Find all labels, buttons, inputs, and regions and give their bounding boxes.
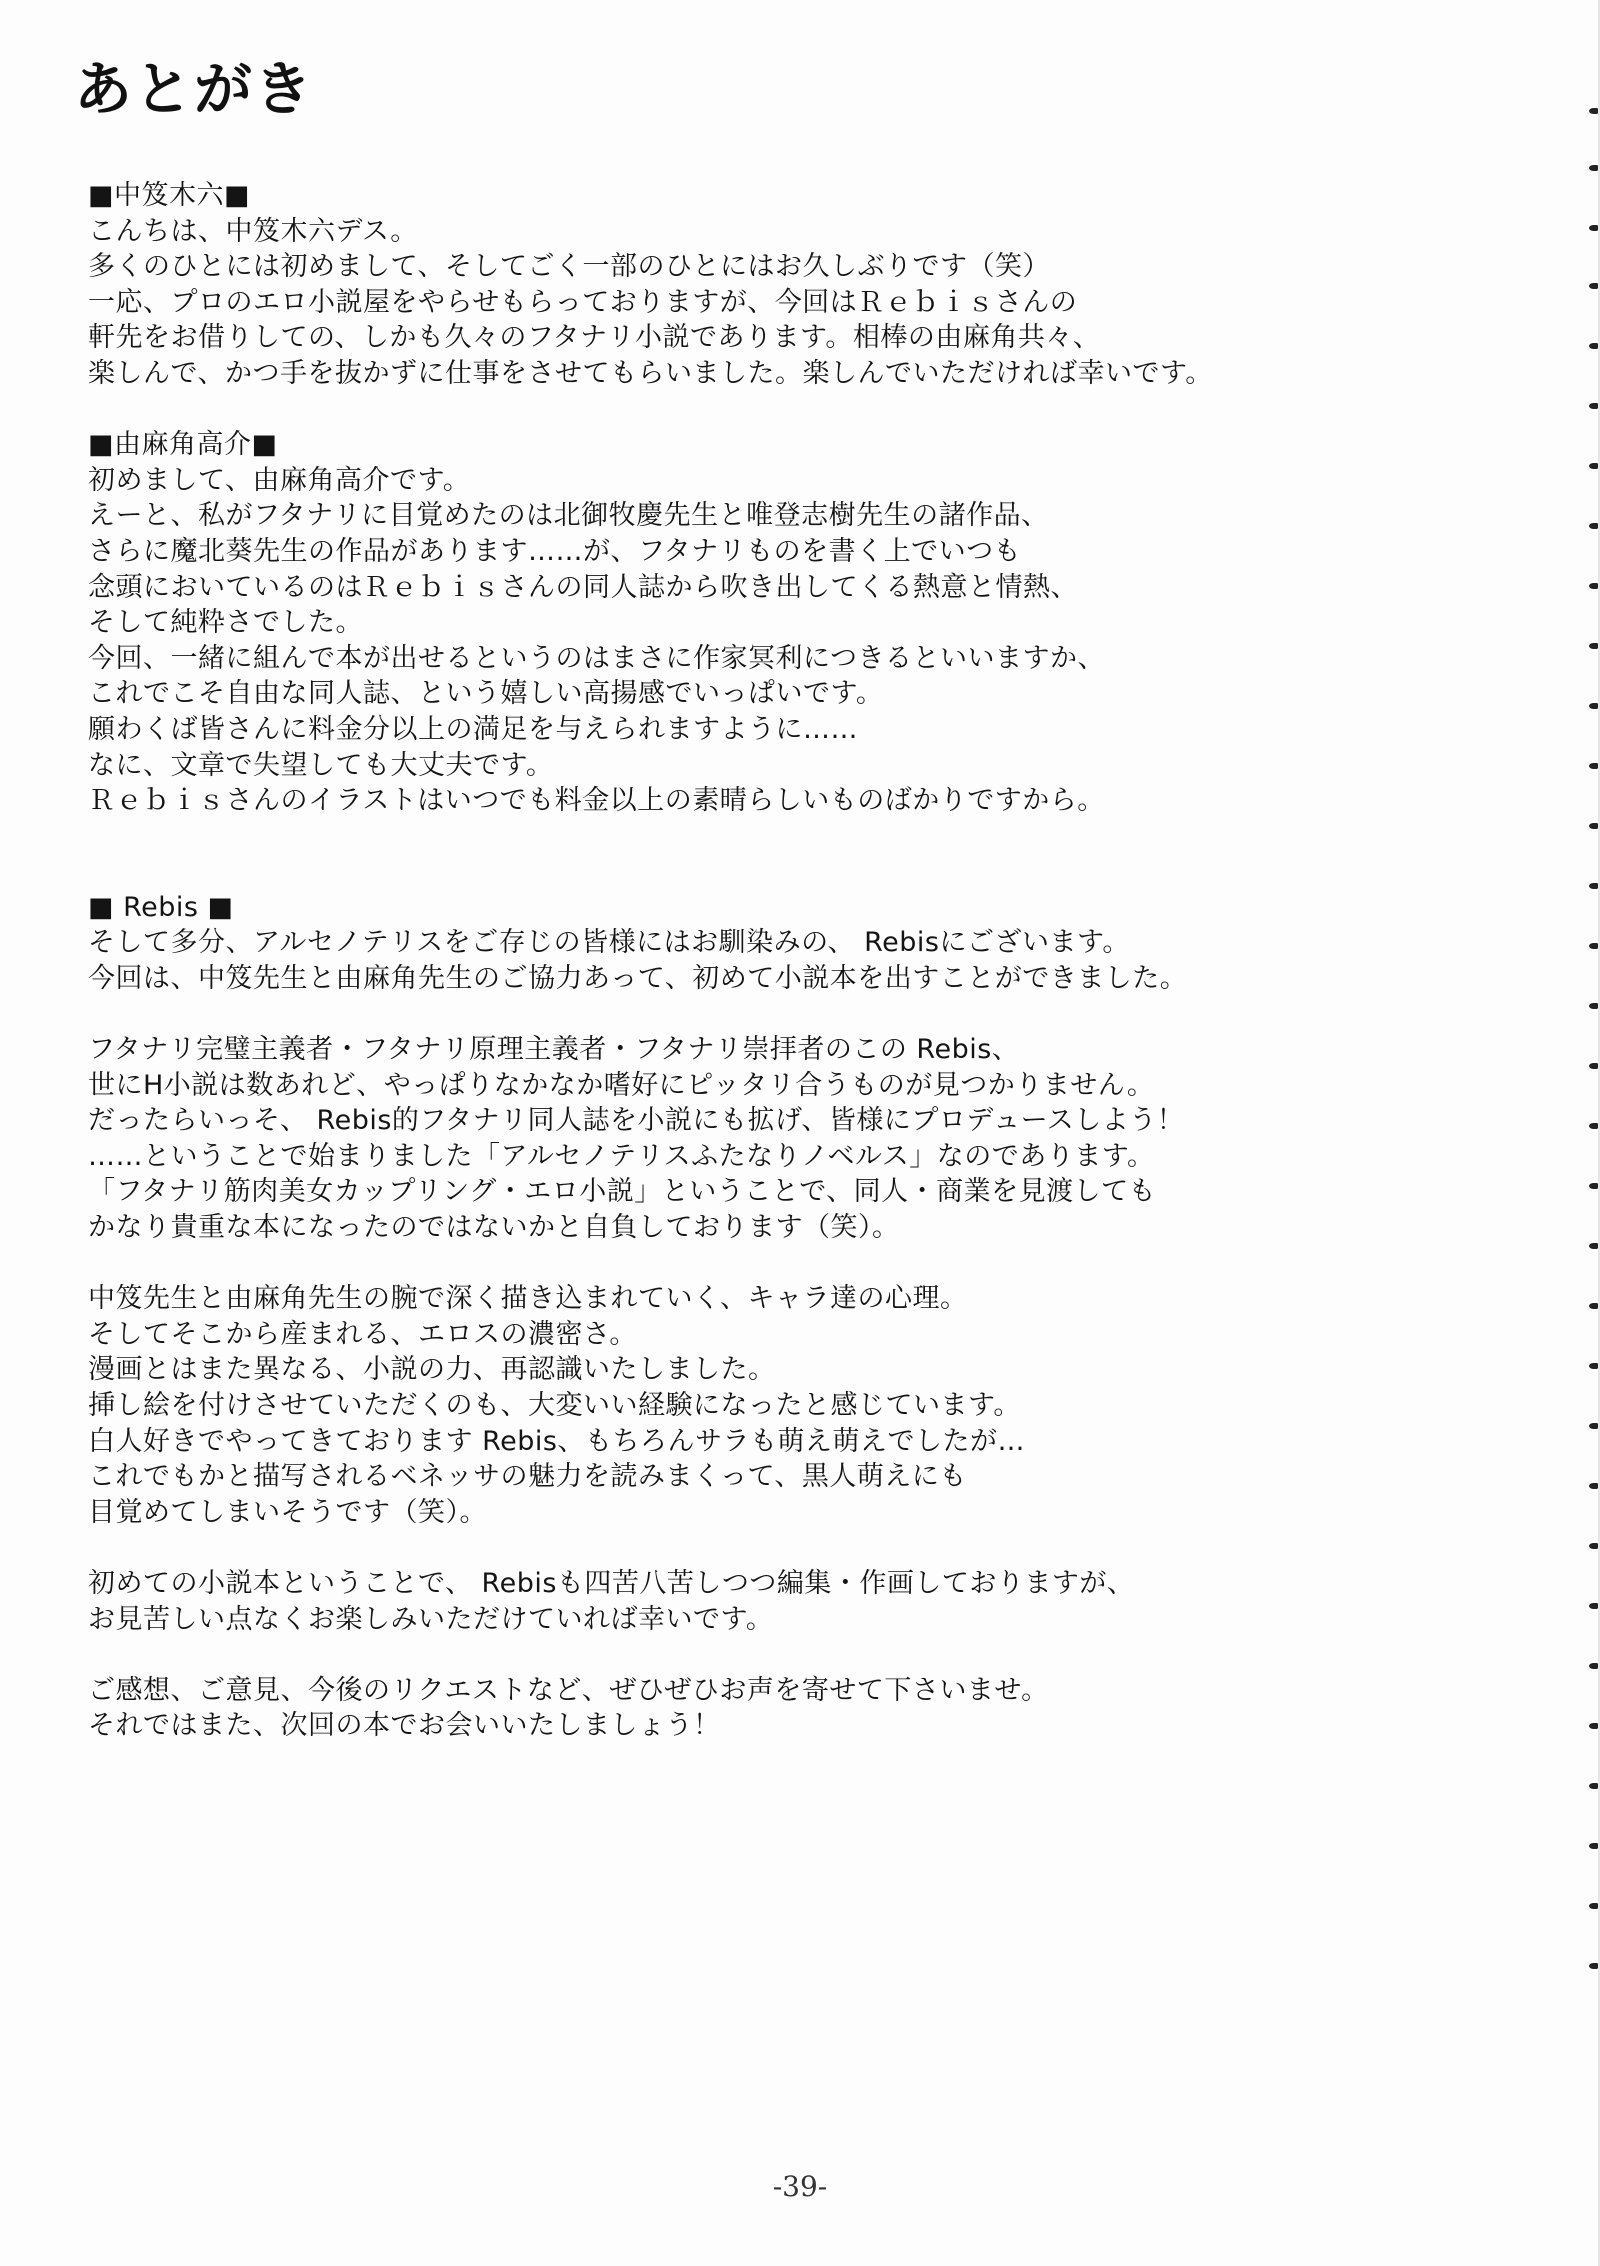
text-line: 初めまして、由麻角高介です。 xyxy=(88,463,1508,499)
binding-hole-mark xyxy=(1589,283,1598,289)
section-header: ■ Rebis ■ xyxy=(88,890,1508,926)
binding-hole-mark xyxy=(1589,583,1598,589)
text-line: 軒先をお借りしての、しかも久々のフタナリ小説であります。相棒の由麻角共々、 xyxy=(88,320,1508,356)
binding-hole-mark xyxy=(1589,703,1598,709)
text-line: 白人好きでやってきております Rebis、もちろんサラも萌え萌えでしたが… xyxy=(88,1424,1508,1460)
section-yumazumi: ■由麻角高介■ 初めまして、由麻角高介です。 えーと、私がフタナリに目覚めたのは… xyxy=(88,427,1508,819)
text-line: 漫画とはまた異なる、小説の力、再認識いたしました。 xyxy=(88,1352,1508,1388)
binding-hole-mark xyxy=(1589,763,1598,769)
text-line: フタナリ完璧主義者・フタナリ原理主義者・フタナリ崇拝者のこの Rebis、 xyxy=(88,1032,1508,1068)
binding-hole-mark xyxy=(1589,523,1598,529)
text-line: 初めての小説本ということで、 Rebisも四苦八苦しつつ編集・作画しておりますが… xyxy=(88,1566,1508,1602)
text-line: 一応、プロのエロ小説屋をやらせもらっておりますが、今回はＲｅｂｉｓさんの xyxy=(88,285,1508,321)
page-number: -39- xyxy=(0,2170,1600,2203)
binding-hole-mark xyxy=(1589,225,1598,231)
text-line: それではまた、次回の本でお会いいたしましょう！ xyxy=(88,1708,1508,1744)
binding-hole-mark xyxy=(1589,883,1598,889)
section-header: ■由麻角高介■ xyxy=(88,427,1508,463)
text-line: そしてそこから産まれる、エロスの濃密さ。 xyxy=(88,1317,1508,1353)
binding-hole-mark xyxy=(1589,1663,1598,1669)
text-line: 「フタナリ筋肉美女カップリング・エロ小説」ということで、同人・商業を見渡しても xyxy=(88,1174,1508,1210)
text-line: 楽しんで、かつ手を抜かずに仕事をさせてもらいました。楽しんでいただければ幸いです… xyxy=(88,356,1508,392)
text-line: こんちは、中笈木六デス。 xyxy=(88,214,1508,250)
text-line: そして多分、アルセノテリスをご存じの皆様にはお馴染みの、 Rebisにございます… xyxy=(88,925,1508,961)
text-line: これでこそ自由な同人誌、という嬉しい高揚感でいっぱいです。 xyxy=(88,676,1508,712)
spacer xyxy=(88,1530,1508,1566)
spacer xyxy=(88,392,1508,428)
text-line: 願わくば皆さんに料金分以上の満足を与えられますように…… xyxy=(88,712,1508,748)
binding-hole-mark xyxy=(1589,403,1598,409)
page-title: あとがき xyxy=(74,52,314,126)
binding-hole-mark xyxy=(1589,1903,1598,1909)
binding-hole-mark xyxy=(1589,1243,1598,1249)
scanned-page: あとがき ■中笈木六■ こんちは、中笈木六デス。 多くのひとには初めまして、そし… xyxy=(0,0,1600,2266)
binding-hole-mark xyxy=(1589,1063,1598,1069)
binding-hole-mark xyxy=(1589,1183,1598,1189)
binding-hole-mark xyxy=(1589,1363,1598,1369)
text-line: そして純粋さでした。 xyxy=(88,605,1508,641)
text-line: 念頭においているのはＲｅｂｉｓさんの同人誌から吹き出してくる熱意と情熱、 xyxy=(88,570,1508,606)
binding-hole-mark xyxy=(1589,1543,1598,1549)
binding-hole-mark xyxy=(1589,108,1598,114)
binding-hole-mark xyxy=(1589,1123,1598,1129)
section-nakagasa: ■中笈木六■ こんちは、中笈木六デス。 多くのひとには初めまして、そしてごく一部… xyxy=(88,178,1508,392)
spacer xyxy=(88,1637,1508,1673)
spacer xyxy=(88,819,1508,890)
binding-hole-mark xyxy=(1589,165,1598,171)
text-line: 今回は、中笈先生と由麻角先生のご協力あって、初めて小説本を出すことができました。 xyxy=(88,961,1508,997)
binding-hole-mark xyxy=(1589,1003,1598,1009)
text-line: 挿し絵を付けさせていただくのも、大変いい経験になったと感じています。 xyxy=(88,1388,1508,1424)
section-rebis: ■ Rebis ■ そして多分、アルセノテリスをご存じの皆様にはお馴染みの、 R… xyxy=(88,890,1508,1744)
text-line: これでもかと描写されるベネッサの魅力を読みまくって、黒人萌えにも xyxy=(88,1459,1508,1495)
binding-hole-mark xyxy=(1589,463,1598,469)
text-line: ……ということで始まりました「アルセノテリスふたなりノベルス」なのであります。 xyxy=(88,1139,1508,1175)
binding-hole-mark xyxy=(1589,1423,1598,1429)
binding-hole-mark xyxy=(1589,1303,1598,1309)
text-line: さらに魔北葵先生の作品があります……が、フタナリものを書く上でいつも xyxy=(88,534,1508,570)
text-line: Ｒｅｂｉｓさんのイラストはいつでも料金以上の素晴らしいものばかりですから。 xyxy=(88,783,1508,819)
binding-hole-mark xyxy=(1589,343,1598,349)
text-line: 今回、一緒に組んで本が出せるというのはまさに作家冥利につきるといいますか、 xyxy=(88,641,1508,677)
text-line: お見苦しい点なくお楽しみいただけていれば幸いです。 xyxy=(88,1602,1508,1638)
binding-hole-mark xyxy=(1589,1723,1598,1729)
binding-hole-mark xyxy=(1589,1483,1598,1489)
text-line: 多くのひとには初めまして、そしてごく一部のひとにはお久しぶりです（笑） xyxy=(88,249,1508,285)
binding-hole-mark xyxy=(1589,1963,1598,1969)
text-line: えーと、私がフタナリに目覚めたのは北御牧慶先生と唯登志樹先生の諸作品、 xyxy=(88,498,1508,534)
text-line: だったらいっそ、 Rebis的フタナリ同人誌を小説にも拡げ、皆様にプロデュースし… xyxy=(88,1103,1508,1139)
text-line: 世にH小説は数あれど、やっぱりなかなか嗜好にピッタリ合うものが見つかりません。 xyxy=(88,1068,1508,1104)
binding-hole-mark xyxy=(1589,1603,1598,1609)
text-line: かなり貴重な本になったのではないかと自負しております（笑）。 xyxy=(88,1210,1508,1246)
afterword-body: ■中笈木六■ こんちは、中笈木六デス。 多くのひとには初めまして、そしてごく一部… xyxy=(88,178,1508,1744)
binding-hole-mark xyxy=(1589,823,1598,829)
binding-hole-mark xyxy=(1589,1783,1598,1789)
binding-hole-mark xyxy=(1589,943,1598,949)
binding-edge xyxy=(1588,0,1600,2266)
text-line: 中笈先生と由麻角先生の腕で深く描き込まれていく、キャラ達の心理。 xyxy=(88,1281,1508,1317)
binding-hole-mark xyxy=(1589,1843,1598,1849)
binding-hole-mark xyxy=(1589,643,1598,649)
spacer xyxy=(88,996,1508,1032)
text-line: なに、文章で失望しても大丈夫です。 xyxy=(88,748,1508,784)
spacer xyxy=(88,1246,1508,1282)
text-line: 目覚めてしまいそうです（笑）。 xyxy=(88,1495,1508,1531)
text-line: ご感想、ご意見、今後のリクエストなど、ぜひぜひお声を寄せて下さいませ。 xyxy=(88,1673,1508,1709)
section-header: ■中笈木六■ xyxy=(88,178,1508,214)
